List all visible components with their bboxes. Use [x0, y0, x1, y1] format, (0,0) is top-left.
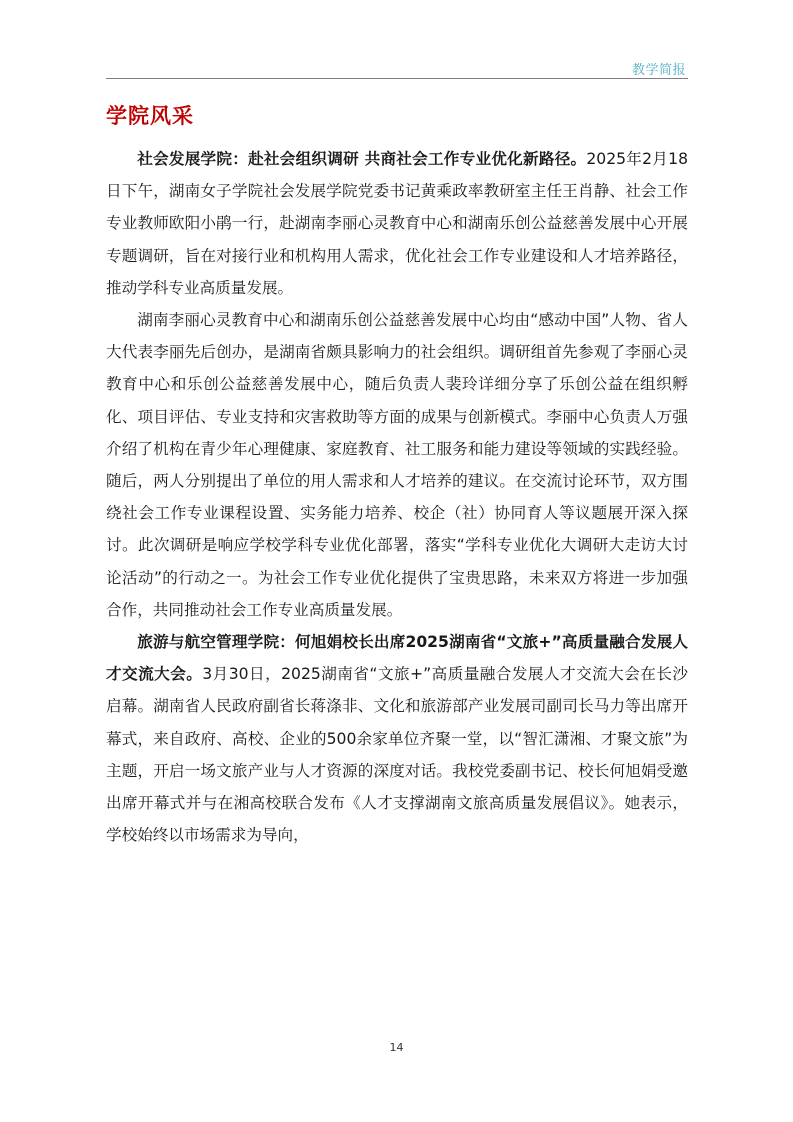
paragraph-research-details: 湖南李丽心灵教育中心和湖南乐创公益慈善发展中心均由“感动中国”人物、省人大代表李…: [106, 304, 688, 626]
paragraph-tourism-aviation: 旅游与航空管理学院：何旭娟校长出席2025湖南省“文旅+”高质量融合发展人才交流…: [106, 626, 688, 851]
page-number: 14: [0, 1041, 793, 1054]
paragraph-body: 湖南李丽心灵教育中心和湖南乐创公益慈善发展中心均由“感动中国”人物、省人大代表李…: [106, 311, 688, 619]
paragraph-lead: 社会发展学院：赴社会组织调研 共商社会工作专业优化新路径。: [137, 150, 586, 168]
paragraph-social-development: 社会发展学院：赴社会组织调研 共商社会工作专业优化新路径。2025年2月18日下…: [106, 143, 688, 304]
page-content: 学院风采 社会发展学院：赴社会组织调研 共商社会工作专业优化新路径。2025年2…: [106, 98, 688, 851]
header-title: 教学简报: [632, 59, 686, 78]
paragraph-body: 2025年2月18日下午，湖南女子学院社会发展学院党委书记黄乘政率教研室主任王肖…: [106, 150, 688, 297]
paragraph-body: 3月30日，2025湖南省“文旅+”高质量融合发展人才交流大会在长沙启幕。湖南省…: [106, 665, 688, 844]
page-header: 教学简报: [106, 56, 688, 79]
section-title: 学院风采: [106, 98, 688, 134]
